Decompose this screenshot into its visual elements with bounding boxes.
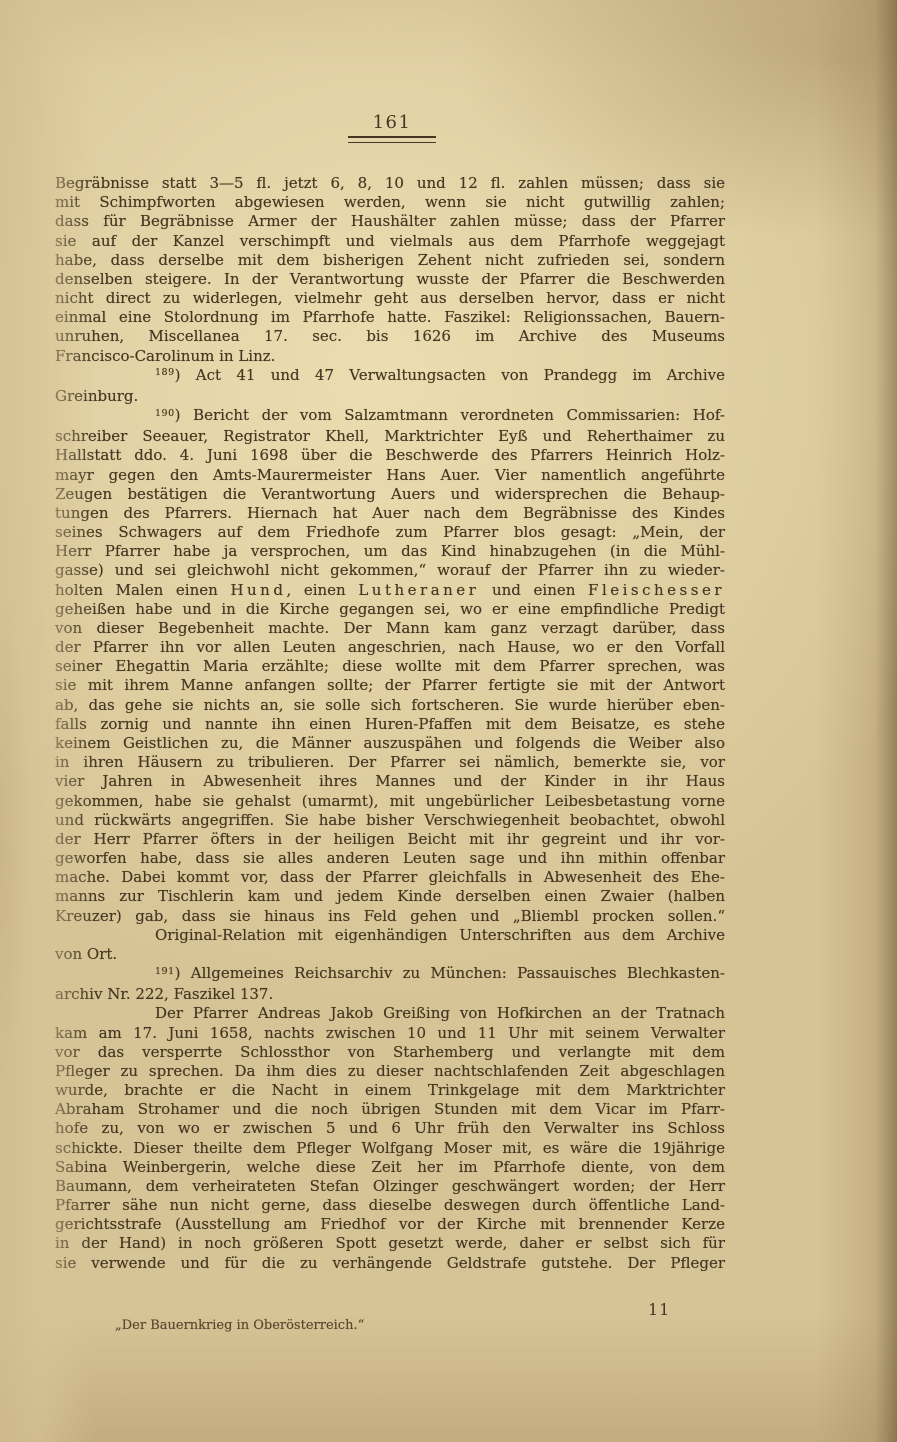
text-line: von dieser Begebenheit machte. Der Mann …	[55, 619, 725, 638]
text-line: tungen des Pfarrers. Hiernach hat Auer n…	[55, 504, 725, 523]
text-segment: gerichtsstrafe (Ausstellung am Friedhof …	[55, 1215, 725, 1233]
text-line: keinem Geistlichen zu, die Männer auszus…	[55, 734, 725, 753]
text-line: Kreuzer) gab, dass sie hinaus ins Feld g…	[55, 907, 725, 926]
text-line: mit Schimpfworten abgewiesen werden, wen…	[55, 193, 725, 212]
text-segment: geheißen habe und in die Kirche gegangen…	[55, 600, 725, 618]
text-segment: archiv Nr. 222, Faszikel 137.	[55, 985, 273, 1003]
text-line: gerichtsstrafe (Ausstellung am Friedhof …	[55, 1215, 725, 1234]
text-line: in ihren Häusern zu tribulieren. Der Pfa…	[55, 753, 725, 772]
text-segment: Herr Pfarrer habe ja versprochen, um das…	[55, 542, 725, 560]
text-segment: manns zur Tischlerin kam und jedem Kinde…	[55, 887, 725, 905]
text-line: Original-Relation mit eigenhändigen Unte…	[55, 926, 725, 945]
text-line: archiv Nr. 222, Faszikel 137.	[55, 985, 725, 1004]
text-line: manns zur Tischlerin kam und jedem Kinde…	[55, 887, 725, 906]
text-line: Begräbnisse statt 3—5 fl. jetzt 6, 8, 10…	[55, 174, 725, 193]
text-segment: ) Bericht der vom Salzamtmann verordnete…	[175, 406, 725, 424]
text-segment: ab, das gehe sie nichts an, sie solle si…	[55, 696, 725, 714]
text-line: sie verwende und für die zu verhängende …	[55, 1254, 725, 1273]
text-segment: schickte. Dieser theilte dem Pfleger Wol…	[55, 1139, 725, 1157]
text-segment: falls zornig und nannte ihn einen Huren-…	[55, 715, 725, 733]
text-segment: gekommen, habe sie gehalst (umarmt), mit…	[55, 792, 725, 810]
text-segment: in der Hand) in noch größeren Spott gese…	[55, 1234, 725, 1252]
page-number-rule	[348, 136, 436, 143]
scanned-book-page: { "colors": { "paper": "#d7c496", "ink":…	[0, 0, 897, 1442]
text-line: mache. Dabei kommt vor, dass der Pfarrer…	[55, 868, 725, 887]
text-segment: tungen des Pfarrers. Hiernach hat Auer n…	[55, 504, 725, 522]
text-segment: Pfarrer sähe nun nicht gerne, dass diese…	[55, 1196, 725, 1214]
text-segment: geworfen habe, dass sie alles anderen Le…	[55, 849, 725, 867]
footnote-marker: 190	[155, 408, 175, 419]
text-segment: keinem Geistlichen zu, die Männer auszus…	[55, 734, 725, 752]
text-segment: schreiber Seeauer, Registrator Khell, Ma…	[55, 427, 725, 445]
text-line: ab, das gehe sie nichts an, sie solle si…	[55, 696, 725, 715]
text-line: dass für Begräbnisse Armer der Haushälte…	[55, 212, 725, 231]
text-segment: sie verwende und für die zu verhängende …	[55, 1254, 725, 1272]
text-line: vor das versperrte Schlossthor von Starh…	[55, 1043, 725, 1062]
text-line: und rückwärts angegriffen. Sie habe bish…	[55, 811, 725, 830]
text-line: gekommen, habe sie gehalst (umarmt), mit…	[55, 792, 725, 811]
text-segment: dass für Begräbnisse Armer der Haushälte…	[55, 212, 725, 230]
text-line: schickte. Dieser theilte dem Pfleger Wol…	[55, 1139, 725, 1158]
footnote-marker: 189	[155, 367, 175, 378]
text-segment: habe, dass derselbe mit dem bisherigen Z…	[55, 251, 725, 269]
text-segment: ) Allgemeines Reichsarchiv zu München: P…	[175, 964, 725, 982]
text-line: sie mit ihrem Manne anfangen sollte; der…	[55, 676, 725, 695]
text-segment: holten Malen einen	[55, 581, 230, 599]
text-line: Pfarrer sähe nun nicht gerne, dass diese…	[55, 1196, 725, 1215]
text-segment: hofe zu, von wo er zwischen 5 und 6 Uhr …	[55, 1119, 725, 1137]
text-line: Der Pfarrer Andreas Jakob Greißing von H…	[55, 1004, 725, 1023]
text-segment: Baumann, dem verheirateten Stefan Olzing…	[55, 1177, 725, 1195]
text-segment: seines Schwagers auf dem Friedhofe zum P…	[55, 523, 725, 541]
text-line: Greinburg.	[55, 387, 725, 406]
text-line: habe, dass derselbe mit dem bisherigen Z…	[55, 251, 725, 270]
text-segment: von Ort.	[55, 945, 117, 963]
text-segment: Pfleger zu sprechen. Da ihm dies zu dies…	[55, 1062, 725, 1080]
text-line: Francisco-Carolinum in Linz.	[55, 347, 725, 366]
text-line: in der Hand) in noch größeren Spott gese…	[55, 1234, 725, 1253]
footer-book-title: „Der Bauernkrieg in Oberösterreich.“	[115, 1318, 364, 1333]
text-segment: sie auf der Kanzel verschimpft und vielm…	[55, 232, 725, 250]
text-line: nicht direct zu widerlegen, vielmehr geh…	[55, 289, 725, 308]
text-segment: Hund	[230, 581, 286, 599]
text-line: vier Jahren in Abwesenheit ihres Mannes …	[55, 772, 725, 791]
text-line: 191) Allgemeines Reichsarchiv zu München…	[55, 964, 725, 985]
text-line: der Pfarrer ihn vor allen Leuten angesch…	[55, 638, 725, 657]
text-segment: mache. Dabei kommt vor, dass der Pfarrer…	[55, 868, 725, 886]
text-block: Begräbnisse statt 3—5 fl. jetzt 6, 8, 10…	[55, 174, 725, 1273]
text-segment: mayr gegen den Amts-Maurermeister Hans A…	[55, 466, 725, 484]
text-line: kam am 17. Juni 1658, nachts zwischen 10…	[55, 1024, 725, 1043]
text-segment: und rückwärts angegriffen. Sie habe bish…	[55, 811, 725, 829]
text-line: mayr gegen den Amts-Maurermeister Hans A…	[55, 466, 725, 485]
text-line: Abraham Strohamer und die noch übrigen S…	[55, 1100, 725, 1119]
text-segment: vor das versperrte Schlossthor von Starh…	[55, 1043, 725, 1061]
text-line: Herr Pfarrer habe ja versprochen, um das…	[55, 542, 725, 561]
text-line: geheißen habe und in die Kirche gegangen…	[55, 600, 725, 619]
footer-signature-number: 11	[648, 1300, 670, 1319]
text-segment: nicht direct zu widerlegen, vielmehr geh…	[55, 289, 725, 307]
text-line: Hallstatt ddo. 4. Juni 1698 über die Bes…	[55, 446, 725, 465]
text-line: wurde, brachte er die Nacht in einem Tri…	[55, 1081, 725, 1100]
text-segment: seiner Ehegattin Maria erzählte; diese w…	[55, 657, 725, 675]
text-line: 189) Act 41 und 47 Verwaltungsacten von …	[55, 366, 725, 387]
text-segment: Lutheraner	[358, 581, 479, 599]
text-segment: Fleischesser	[588, 581, 725, 599]
text-line: hofe zu, von wo er zwischen 5 und 6 Uhr …	[55, 1119, 725, 1138]
text-segment: , einen	[286, 581, 358, 599]
text-line: geworfen habe, dass sie alles anderen Le…	[55, 849, 725, 868]
text-line: einmal eine Stolordnung im Pfarrhofe hat…	[55, 308, 725, 327]
page-number: 161	[373, 112, 412, 133]
text-segment: Der Pfarrer Andreas Jakob Greißing von H…	[155, 1004, 725, 1022]
text-line: sie auf der Kanzel verschimpft und vielm…	[55, 232, 725, 251]
text-segment: Abraham Strohamer und die noch übrigen S…	[55, 1100, 725, 1118]
text-segment: mit Schimpfworten abgewiesen werden, wen…	[55, 193, 725, 211]
text-segment: sie mit ihrem Manne anfangen sollte; der…	[55, 676, 725, 694]
text-segment: Hallstatt ddo. 4. Juni 1698 über die Bes…	[55, 446, 725, 464]
text-segment: denselben steigere. In der Verantwortung…	[55, 270, 725, 288]
text-segment: Original-Relation mit eigenhändigen Unte…	[155, 926, 725, 944]
text-segment: in ihren Häusern zu tribulieren. Der Pfa…	[55, 753, 725, 771]
text-segment: vier Jahren in Abwesenheit ihres Mannes …	[55, 772, 725, 790]
text-segment: einmal eine Stolordnung im Pfarrhofe hat…	[55, 308, 725, 326]
text-segment: von dieser Begebenheit machte. Der Mann …	[55, 619, 725, 637]
text-segment: Greinburg.	[55, 387, 138, 405]
text-line: holten Malen einen Hund, einen Lutherane…	[55, 581, 725, 600]
text-line: gasse) und sei gleichwohl nicht gekommen…	[55, 561, 725, 580]
text-segment: gasse) und sei gleichwohl nicht gekommen…	[55, 561, 725, 579]
text-segment: wurde, brachte er die Nacht in einem Tri…	[55, 1081, 725, 1099]
text-line: Baumann, dem verheirateten Stefan Olzing…	[55, 1177, 725, 1196]
text-segment: Sabina Weinbergerin, welche diese Zeit h…	[55, 1158, 725, 1176]
text-line: falls zornig und nannte ihn einen Huren-…	[55, 715, 725, 734]
text-segment: der Pfarrer ihn vor allen Leuten angesch…	[55, 638, 725, 656]
text-segment: Zeugen bestätigen die Verantwortung Auer…	[55, 485, 725, 503]
text-line: seines Schwagers auf dem Friedhofe zum P…	[55, 523, 725, 542]
text-line: 190) Bericht der vom Salzamtmann verordn…	[55, 406, 725, 427]
text-line: Zeugen bestätigen die Verantwortung Auer…	[55, 485, 725, 504]
text-line: der Herr Pfarrer öfters in der heiligen …	[55, 830, 725, 849]
text-segment: Begräbnisse statt 3—5 fl. jetzt 6, 8, 10…	[55, 174, 725, 192]
text-line: von Ort.	[55, 945, 725, 964]
text-line: unruhen, Miscellanea 17. sec. bis 1626 i…	[55, 327, 725, 346]
text-segment: kam am 17. Juni 1658, nachts zwischen 10…	[55, 1024, 725, 1042]
text-segment: Kreuzer) gab, dass sie hinaus ins Feld g…	[55, 907, 725, 925]
text-line: Pfleger zu sprechen. Da ihm dies zu dies…	[55, 1062, 725, 1081]
text-line: Sabina Weinbergerin, welche diese Zeit h…	[55, 1158, 725, 1177]
text-segment: ) Act 41 und 47 Verwaltungsacten von Pra…	[175, 366, 725, 384]
text-segment: der Herr Pfarrer öfters in der heiligen …	[55, 830, 725, 848]
text-segment: Francisco-Carolinum in Linz.	[55, 347, 275, 365]
text-line: denselben steigere. In der Verantwortung…	[55, 270, 725, 289]
footnote-marker: 191	[155, 966, 175, 977]
text-line: schreiber Seeauer, Registrator Khell, Ma…	[55, 427, 725, 446]
page-number-block: 161	[0, 112, 784, 143]
text-segment: unruhen, Miscellanea 17. sec. bis 1626 i…	[55, 327, 725, 345]
text-line: seiner Ehegattin Maria erzählte; diese w…	[55, 657, 725, 676]
text-segment: und einen	[479, 581, 588, 599]
